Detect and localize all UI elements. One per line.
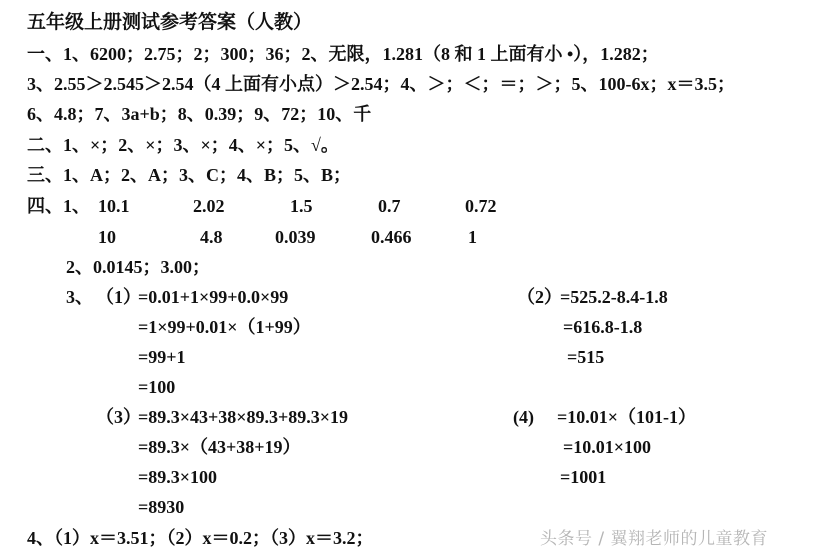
s4-row2-cell: 0.466 bbox=[371, 226, 412, 248]
calc2-step: =525.2-8.4-1.8 bbox=[560, 286, 668, 308]
calc4-step: =10.01×（101-1） bbox=[557, 406, 696, 428]
s4-row1-cell: 0.72 bbox=[465, 195, 497, 217]
watermark: 头条号 / 翼翔老师的儿童教育 bbox=[540, 524, 768, 549]
s4-q3-label: 3、 bbox=[66, 286, 93, 308]
calc3-step: =8930 bbox=[138, 496, 184, 518]
s4-row1-cell: 10.1 bbox=[98, 195, 130, 217]
calc4-step: =1001 bbox=[560, 466, 606, 488]
s4-row2-cell: 4.8 bbox=[200, 226, 223, 248]
s4-q2: 2、0.0145；3.00； bbox=[66, 256, 210, 278]
s4-row2-cell: 0.039 bbox=[275, 226, 316, 248]
document-title: 五年级上册测试参考答案（人教） bbox=[27, 12, 312, 34]
calc2-step: =616.8-1.8 bbox=[563, 316, 642, 338]
s4-row1-cell: 0.7 bbox=[378, 195, 401, 217]
calc1-step: =100 bbox=[138, 376, 175, 398]
section2-answers: 二、1、×；2、×；3、×；4、×；5、√。 bbox=[27, 134, 339, 156]
section4-prefix: 四、1、 bbox=[27, 195, 90, 217]
calc2-label: （2） bbox=[517, 286, 562, 308]
section1-line2: 3、2.55＞2.545＞2.54（4 上面有小点）＞2.54；4、＞；＜；＝；… bbox=[27, 73, 735, 95]
calc1-step: =0.01+1×99+0.0×99 bbox=[138, 286, 288, 308]
section3-answers: 三、1、A；2、A；3、C；4、B；5、B； bbox=[27, 164, 351, 186]
s4-row2-cell: 10 bbox=[98, 226, 116, 248]
s4-row1-cell: 2.02 bbox=[193, 195, 225, 217]
s4-row2-cell: 1 bbox=[468, 226, 477, 248]
s4-row1-cell: 1.5 bbox=[290, 195, 313, 217]
calc3-step: =89.3×（43+38+19） bbox=[138, 436, 301, 458]
calc1-step: =1×99+0.01×（1+99） bbox=[138, 316, 311, 338]
calc4-label: (4) bbox=[513, 406, 534, 428]
calc1-step: =99+1 bbox=[138, 346, 186, 368]
calc3-label: （3） bbox=[96, 406, 141, 428]
calc2-step: =515 bbox=[567, 346, 604, 368]
calc3-step: =89.3×43+38×89.3+89.3×19 bbox=[138, 406, 348, 428]
calc3-step: =89.3×100 bbox=[138, 466, 217, 488]
section1-line1: 一、1、6200；2.75；2；300；36；2、无限，1.281（8 和 1 … bbox=[27, 43, 659, 65]
calc1-label: （1） bbox=[96, 286, 141, 308]
section1-line3: 6、4.8；7、3a+b；8、0.39；9、72；10、千 bbox=[27, 103, 371, 125]
calc4-step: =10.01×100 bbox=[563, 436, 651, 458]
q4-answers: 4、（1）x＝3.51；（2）x＝0.2；（3）x＝3.2； bbox=[27, 527, 374, 549]
